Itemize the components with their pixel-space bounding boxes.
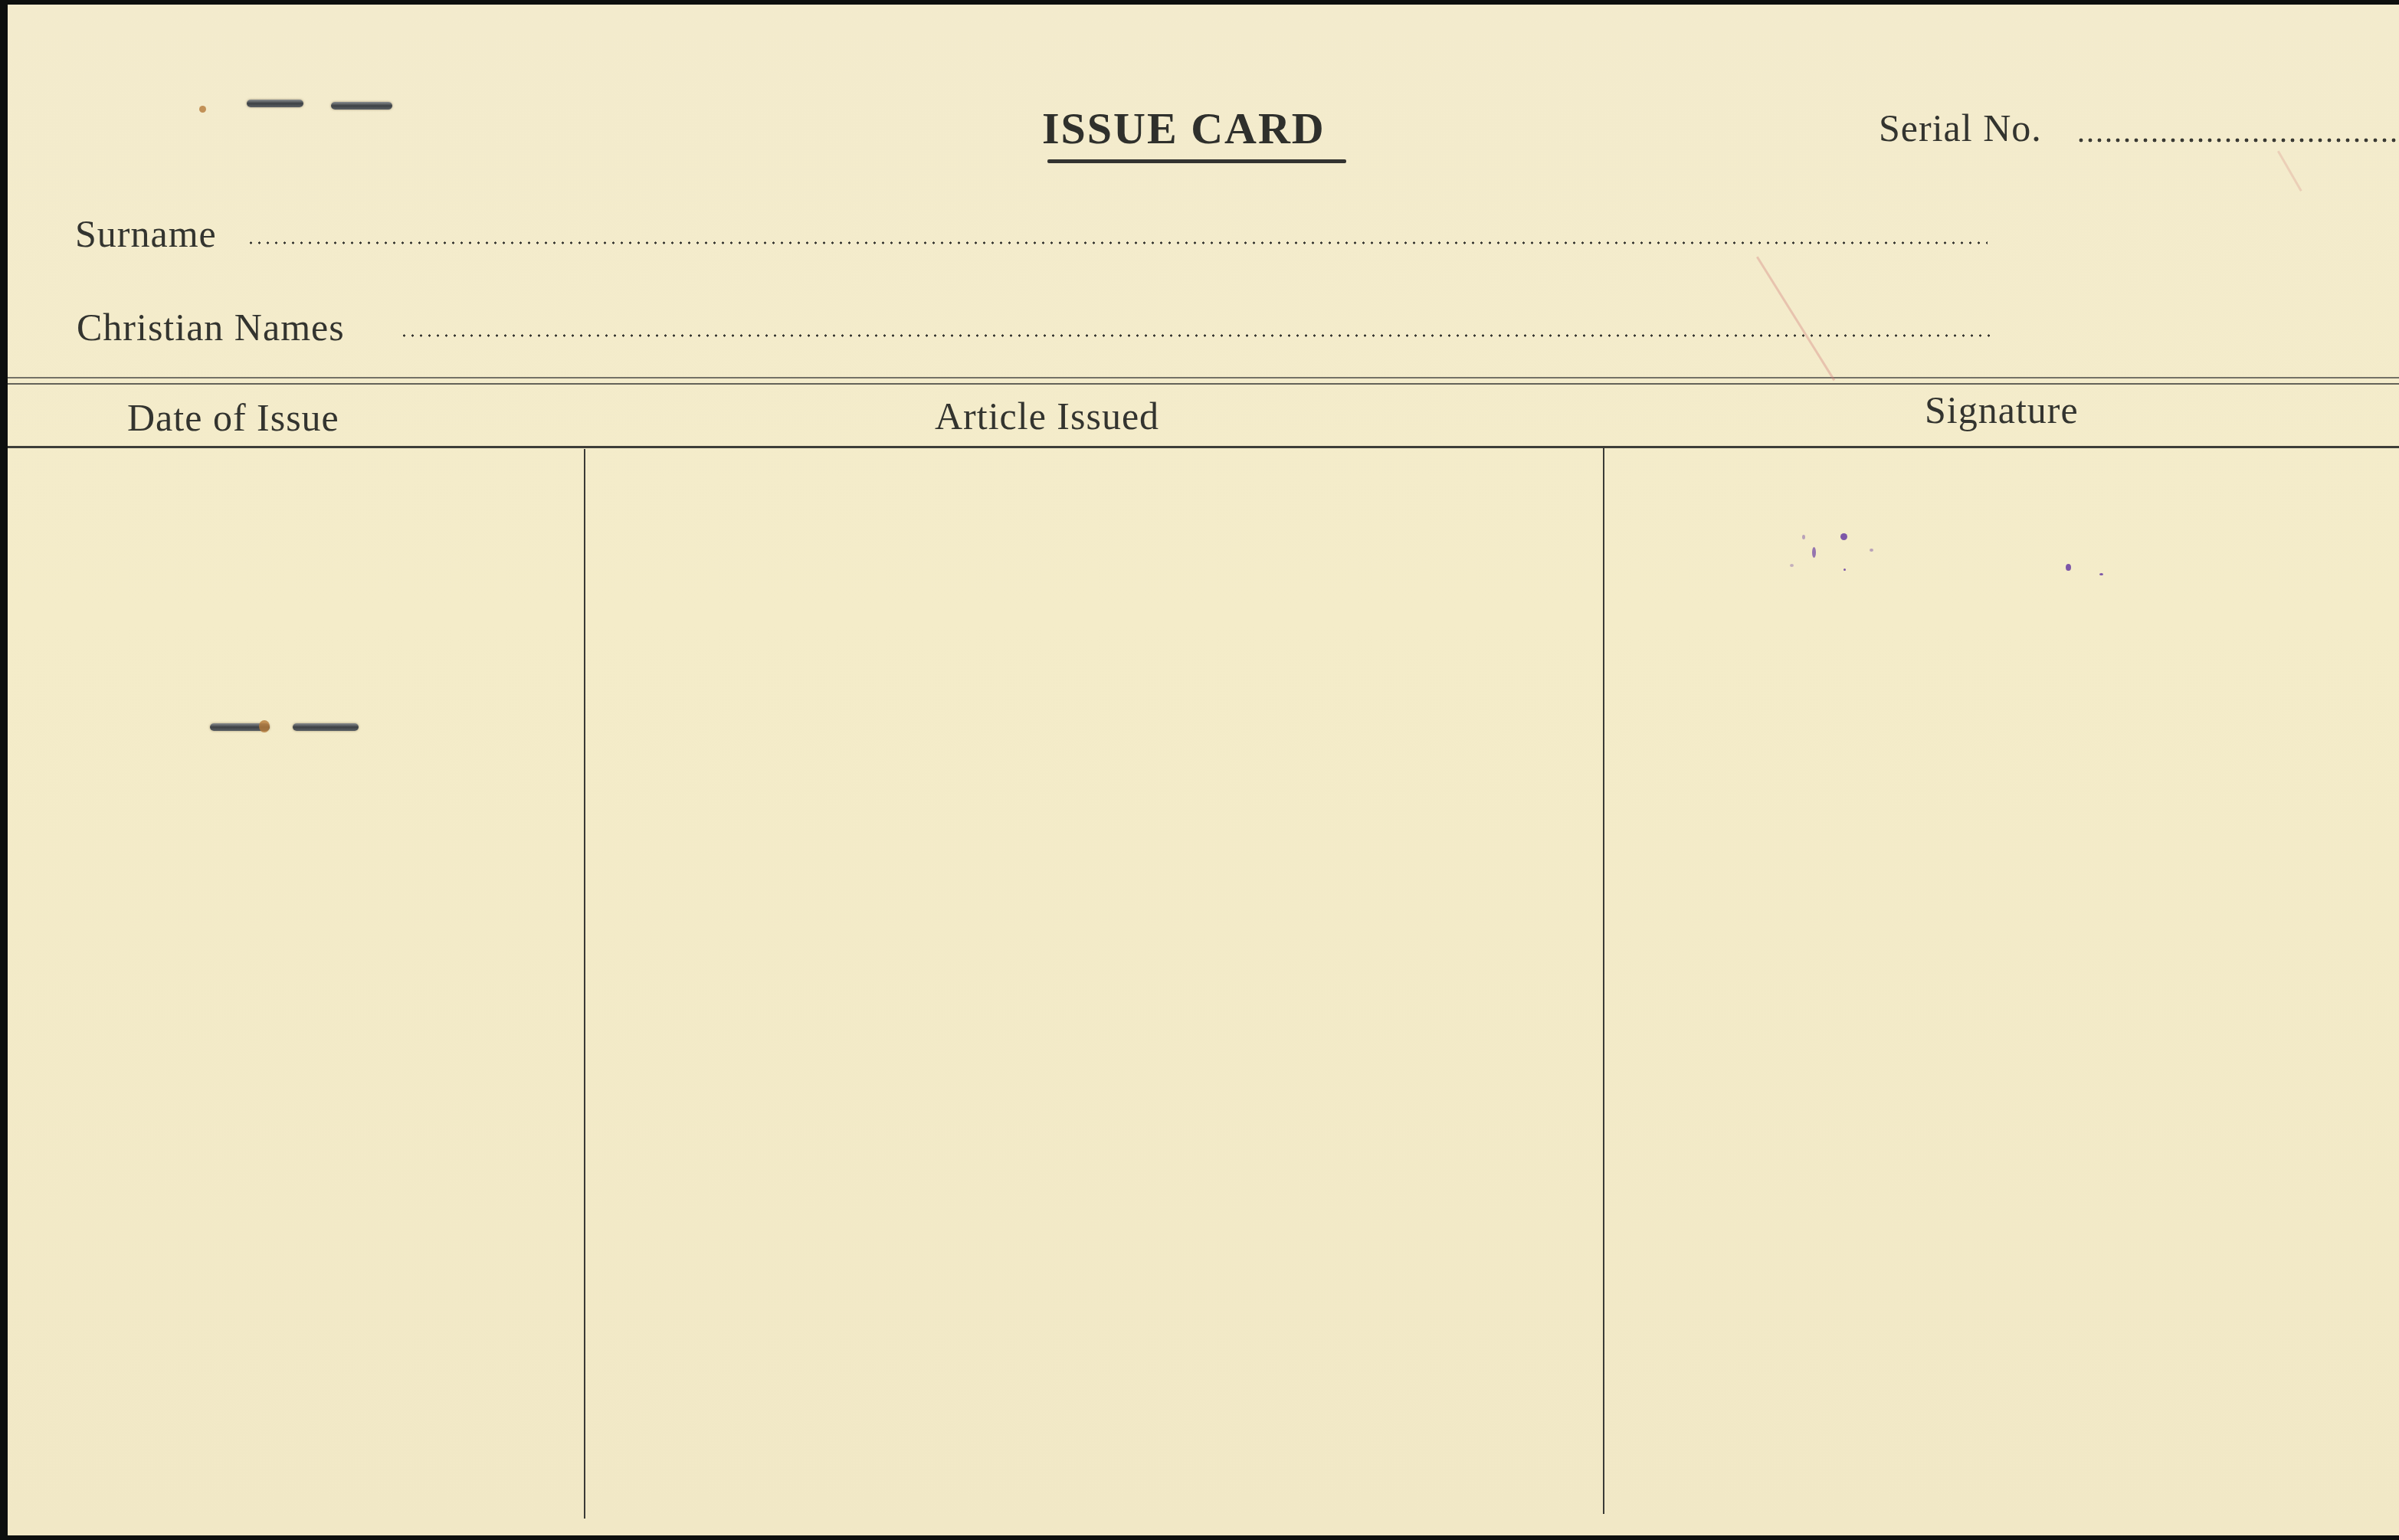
ink-spot	[1870, 549, 1873, 552]
ink-spot	[1802, 535, 1805, 539]
serial-label: Serial No.	[1879, 106, 2042, 150]
christian-names-dotted-line	[400, 334, 1992, 337]
christian-names-field[interactable]	[406, 305, 1992, 348]
surname-field[interactable]	[253, 211, 1984, 254]
red-scratch-mark	[2277, 151, 2302, 192]
double-rule-top	[8, 377, 2399, 378]
signature-cell[interactable]	[1606, 451, 2399, 1523]
staple-icon	[331, 102, 392, 110]
serial-dotted-line	[2076, 138, 2399, 143]
ink-spot	[1812, 547, 1816, 558]
column-divider-2	[1603, 446, 1604, 1514]
card-title: ISSUE CARD	[1042, 103, 1326, 154]
article-issued-cell[interactable]	[587, 451, 1601, 1523]
ink-spot	[1840, 533, 1847, 540]
surname-dotted-line	[247, 241, 1988, 244]
ink-spot	[1790, 564, 1794, 567]
column-header-date-of-issue: Date of Issue	[127, 395, 339, 440]
ink-spot	[2099, 573, 2103, 575]
date-of-issue-cell[interactable]	[8, 451, 582, 1523]
ink-spot	[2066, 564, 2071, 571]
column-header-signature: Signature	[1925, 388, 2079, 432]
rust-spot	[259, 720, 270, 732]
surname-label: Surname	[75, 211, 217, 256]
staple-icon	[247, 100, 303, 107]
double-rule-bottom	[8, 383, 2399, 385]
staple-icon	[293, 723, 359, 731]
column-header-article-issued: Article Issued	[935, 394, 1159, 438]
header-rule	[8, 446, 2399, 448]
christian-names-label: Christian Names	[77, 305, 345, 349]
title-underline	[1047, 159, 1346, 163]
issue-card: ISSUE CARD Serial No. Surname Christian …	[8, 5, 2399, 1535]
ink-spot	[1843, 568, 1846, 571]
column-divider-1	[584, 449, 585, 1519]
rust-spot	[199, 106, 206, 113]
